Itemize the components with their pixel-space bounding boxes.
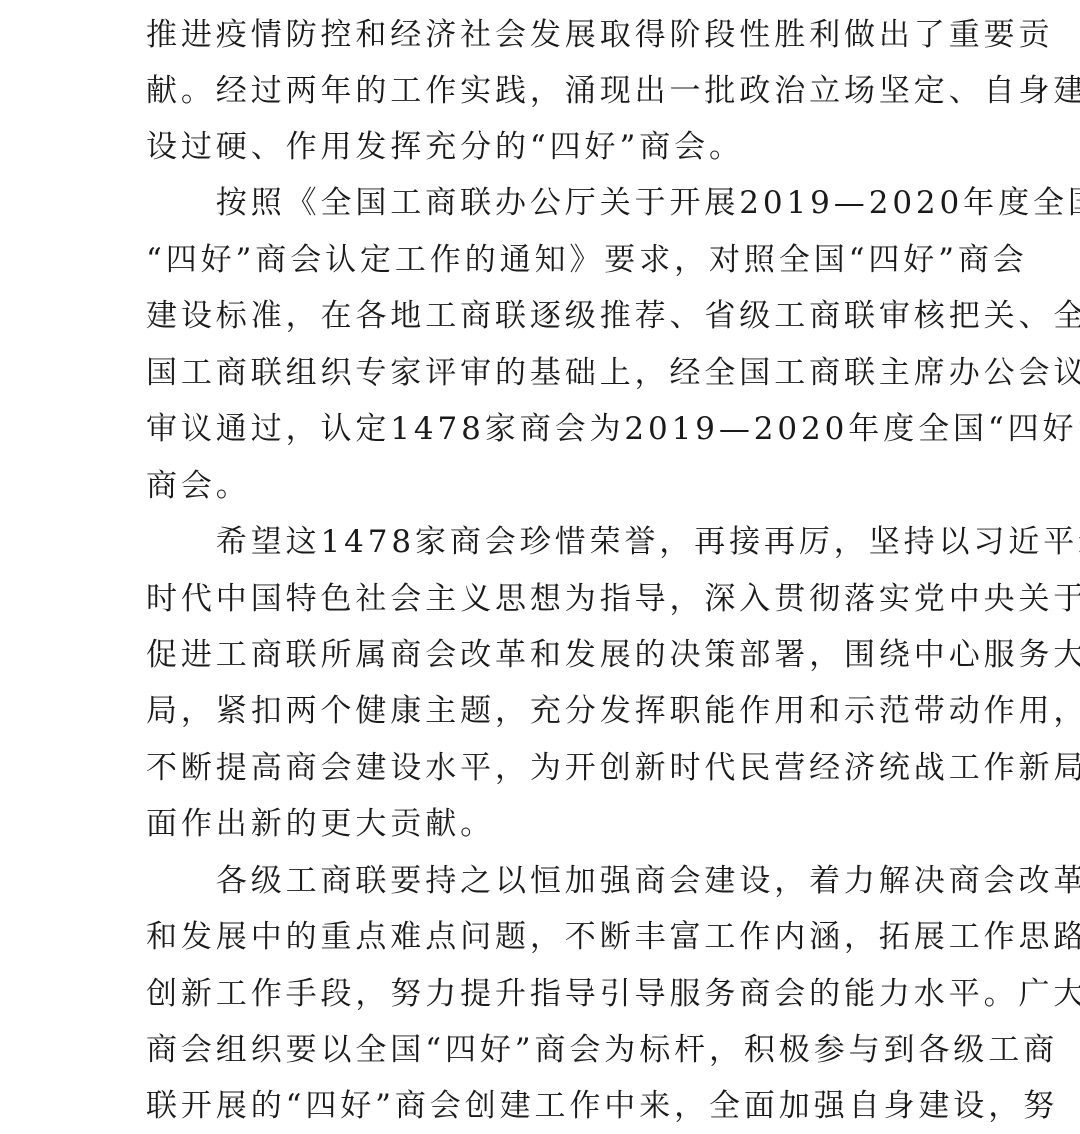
paragraph-line: 国工商联组织专家评审的基础上，经全国工商联主席办公会议 [146, 353, 940, 393]
paragraph-line: 时代中国特色社会主义思想为指导，深入贯彻落实党中央关于 [146, 579, 940, 619]
paragraph-line: 和发展中的重点难点问题，不断丰富工作内涵，拓展工作思路， [146, 917, 940, 957]
paragraph-line: 面作出新的更大贡献。 [146, 804, 940, 844]
paragraph-line: 献。经过两年的工作实践，涌现出一批政治立场坚定、自身建 [146, 71, 940, 111]
paragraph-line: 希望这1478家商会珍惜荣誉，再接再厉，坚持以习近平新 [146, 522, 940, 562]
paragraph-line: 局，紧扣两个健康主题，充分发挥职能作用和示范带动作用， [146, 691, 940, 731]
paragraph-line: 促进工商联所属商会改革和发展的决策部署，围绕中心服务大 [146, 635, 940, 675]
paragraph-line: 联开展的“四好”商会创建工作中来，全面加强自身建设，努 [146, 1086, 940, 1126]
paragraph-line: 按照《全国工商联办公厅关于开展2019—2020年度全国 [146, 183, 940, 223]
paragraph-line: 不断提高商会建设水平，为开创新时代民营经济统战工作新局 [146, 748, 940, 788]
paragraph-line: 创新工作手段，努力提升指导引导服务商会的能力水平。广大 [146, 974, 940, 1014]
paragraph-line: 建设标准，在各地工商联逐级推荐、省级工商联审核把关、全 [146, 296, 940, 336]
paragraph-line: 各级工商联要持之以恒加强商会建设，着力解决商会改革 [146, 861, 940, 901]
paragraph-line: 审议通过，认定1478家商会为2019—2020年度全国“四好” [146, 409, 940, 449]
paragraph-line: 商会。 [146, 466, 940, 506]
paragraph-line: 推进疫情防控和经济社会发展取得阶段性胜利做出了重要贡 [146, 15, 940, 55]
paragraph-line: 商会组织要以全国“四好”商会为标杆，积极参与到各级工商 [146, 1030, 940, 1070]
paragraph-line: 设过硬、作用发挥充分的“四好”商会。 [146, 127, 940, 167]
paragraph-line: “四好”商会认定工作的通知》要求，对照全国“四好”商会 [146, 240, 940, 280]
